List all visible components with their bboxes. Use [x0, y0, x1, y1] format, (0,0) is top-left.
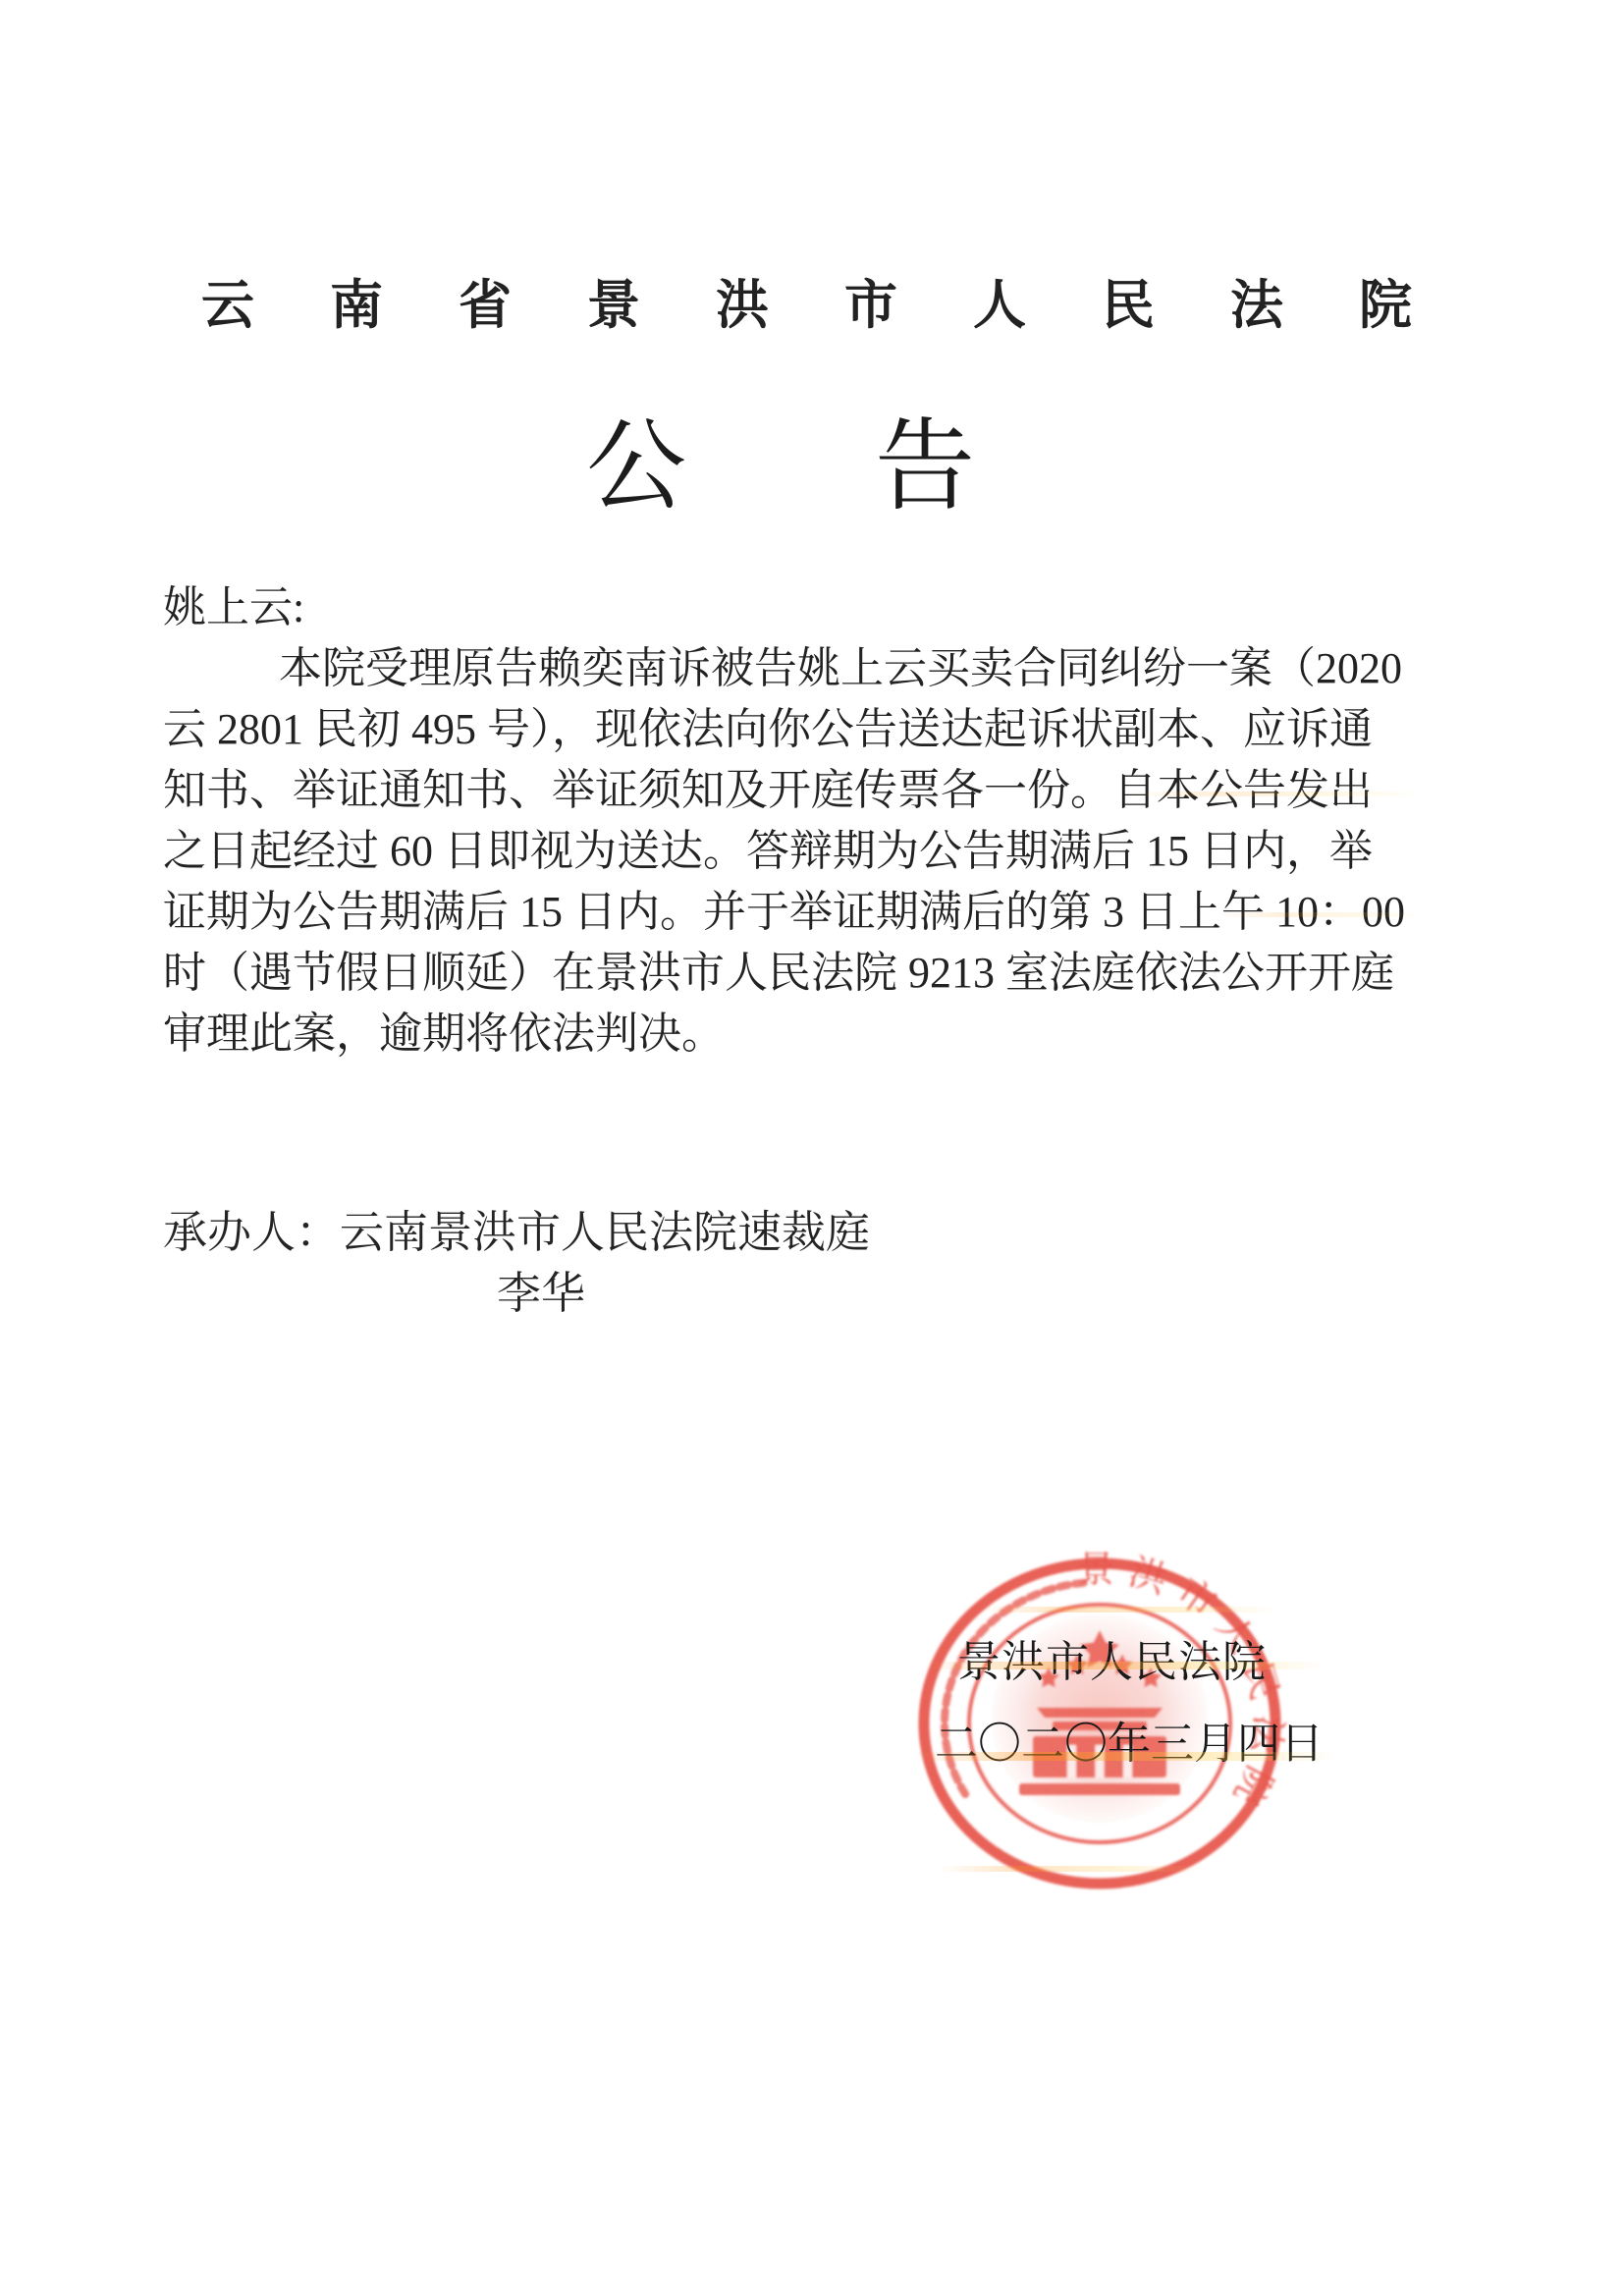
- seal-date-text: 二〇二〇年三月四日: [935, 1720, 1347, 1769]
- body-line: 证期为公告期满后 15 日内。并于举证期满后的第 3 日上午 10：00: [163, 882, 1439, 943]
- court-notice-document: 云南省景洪市人民法院 公告 姚上云: 本院受理原告赖奕南诉被告姚上云买卖合同纠纷…: [0, 0, 1623, 2296]
- undertaker-name: 李华: [163, 1263, 1145, 1324]
- notice-heading: 公告: [586, 412, 1163, 524]
- emblem-roof: [1037, 1708, 1163, 1718]
- seal-court-name-text: 景洪市人民法院: [957, 1638, 1271, 1687]
- body-line: 云 2801 民初 495 号），现依法向你公告送达起诉状副本、应诉通: [163, 699, 1439, 760]
- body-line: 时（遇节假日顺延）在景洪市人民法院 9213 室法庭依法公开开庭: [163, 943, 1439, 1004]
- body-line: 知书、举证通知书、举证须知及开庭传票各一份。自本公告发出: [163, 760, 1439, 821]
- notice-body: 姚上云: 本院受理原告赖奕南诉被告姚上云买卖合同纠纷一案（2020 云 2801…: [163, 577, 1439, 1065]
- undertaker-block: 承办人：云南景洪市人民法院速裁庭 李华: [163, 1202, 1145, 1324]
- emblem-base: [1019, 1783, 1180, 1795]
- body-line: 本院受理原告赖奕南诉被告姚上云买卖合同纠纷一案（2020: [163, 638, 1439, 699]
- body-line: 审理此案，逾期将依法判决。: [163, 1004, 1439, 1065]
- body-line: 之日起经过 60 日即视为送达。答辩期为公告期满后 15 日内，举: [163, 821, 1439, 882]
- undertaker-line: 承办人：云南景洪市人民法院速裁庭: [163, 1202, 1145, 1263]
- recipient-line: 姚上云:: [163, 577, 1439, 638]
- court-title: 云南省景洪市人民法院: [201, 276, 1488, 335]
